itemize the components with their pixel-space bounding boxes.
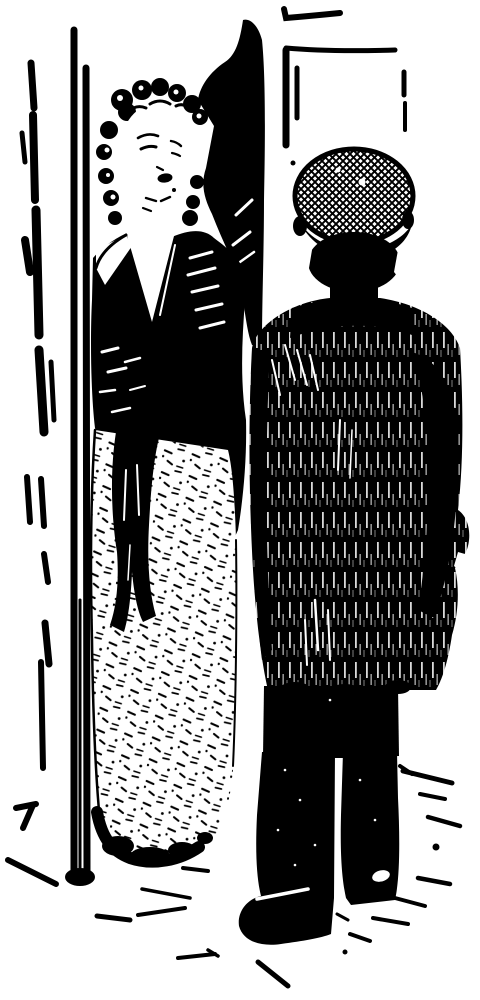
neck-stroke — [143, 208, 151, 211]
hem-blob — [197, 832, 213, 844]
frame-stroke — [44, 554, 48, 582]
hem-blob — [130, 847, 170, 865]
door-panel-top-right — [284, 9, 405, 145]
frame-stroke — [36, 210, 39, 335]
frame-stroke — [31, 63, 34, 108]
floor-dot — [433, 844, 439, 850]
speck — [277, 829, 280, 832]
hem-blob — [102, 836, 134, 856]
hair-curl — [108, 211, 122, 225]
frame-stroke — [25, 240, 30, 272]
left-leg-boot — [239, 752, 335, 945]
hairline-curl — [150, 101, 170, 104]
speck — [299, 799, 302, 802]
floor-stroke — [142, 889, 190, 898]
floor-stroke — [138, 908, 185, 915]
floor-stroke — [337, 914, 348, 920]
floor-stroke — [395, 898, 425, 906]
curl-highlight — [174, 90, 179, 95]
floor-stroke — [183, 868, 208, 871]
frame-stroke — [27, 477, 30, 522]
boy-figure — [239, 149, 472, 945]
cap-edge — [293, 216, 307, 236]
hair-curl — [96, 144, 112, 160]
floor-stroke — [428, 817, 460, 826]
boy-coat — [249, 298, 472, 698]
cap-edge — [402, 211, 414, 229]
floor-stroke — [420, 794, 445, 799]
cap-highlight — [359, 179, 366, 186]
engraving-illustration — [0, 0, 480, 1000]
speck — [359, 779, 362, 782]
floor-stroke — [258, 962, 288, 986]
curl-highlight — [117, 95, 123, 101]
cap-highlight — [336, 168, 341, 173]
floor-stroke — [350, 934, 370, 941]
frame-stroke — [41, 662, 43, 768]
hair-curl — [186, 195, 200, 209]
door-jamb — [86, 68, 87, 876]
hair-curl — [182, 210, 198, 226]
floor-stroke — [373, 918, 408, 924]
hair-curl — [100, 121, 118, 139]
hair-curl — [151, 78, 169, 96]
cheek-dot — [172, 188, 176, 192]
floor-stroke — [418, 878, 450, 884]
speck — [329, 699, 332, 702]
boy-trousers — [239, 686, 400, 945]
door-frame-left — [8, 30, 95, 886]
frame-stroke — [41, 479, 44, 526]
frame-stroke — [22, 133, 25, 162]
frame-stroke — [33, 115, 35, 200]
speck — [284, 769, 287, 772]
floor-stroke — [97, 916, 130, 920]
panel-line — [286, 48, 395, 51]
floor-stroke — [178, 954, 215, 958]
curl-highlight — [197, 114, 202, 119]
curl-highlight — [111, 195, 116, 200]
speck — [314, 844, 317, 847]
cap-crown — [295, 149, 413, 243]
jamb-foot — [65, 868, 95, 886]
hair-curl — [98, 168, 114, 184]
frame-stroke — [45, 623, 49, 664]
frame-stroke — [51, 362, 54, 420]
stray-mark — [291, 161, 296, 166]
curl-highlight — [106, 173, 110, 177]
frame-stroke — [8, 860, 56, 884]
panel-line — [284, 9, 340, 18]
speck — [294, 864, 297, 867]
speck — [374, 819, 377, 822]
floor-dot — [343, 950, 347, 954]
hair-curl — [190, 175, 204, 189]
illustration-canvas — [0, 0, 480, 1000]
curl-highlight — [139, 86, 144, 91]
frame-stroke — [39, 350, 44, 432]
right-leg-boot — [341, 752, 400, 905]
trouser-top — [263, 686, 399, 758]
hem-blob — [168, 842, 196, 858]
curl-highlight — [105, 148, 110, 153]
